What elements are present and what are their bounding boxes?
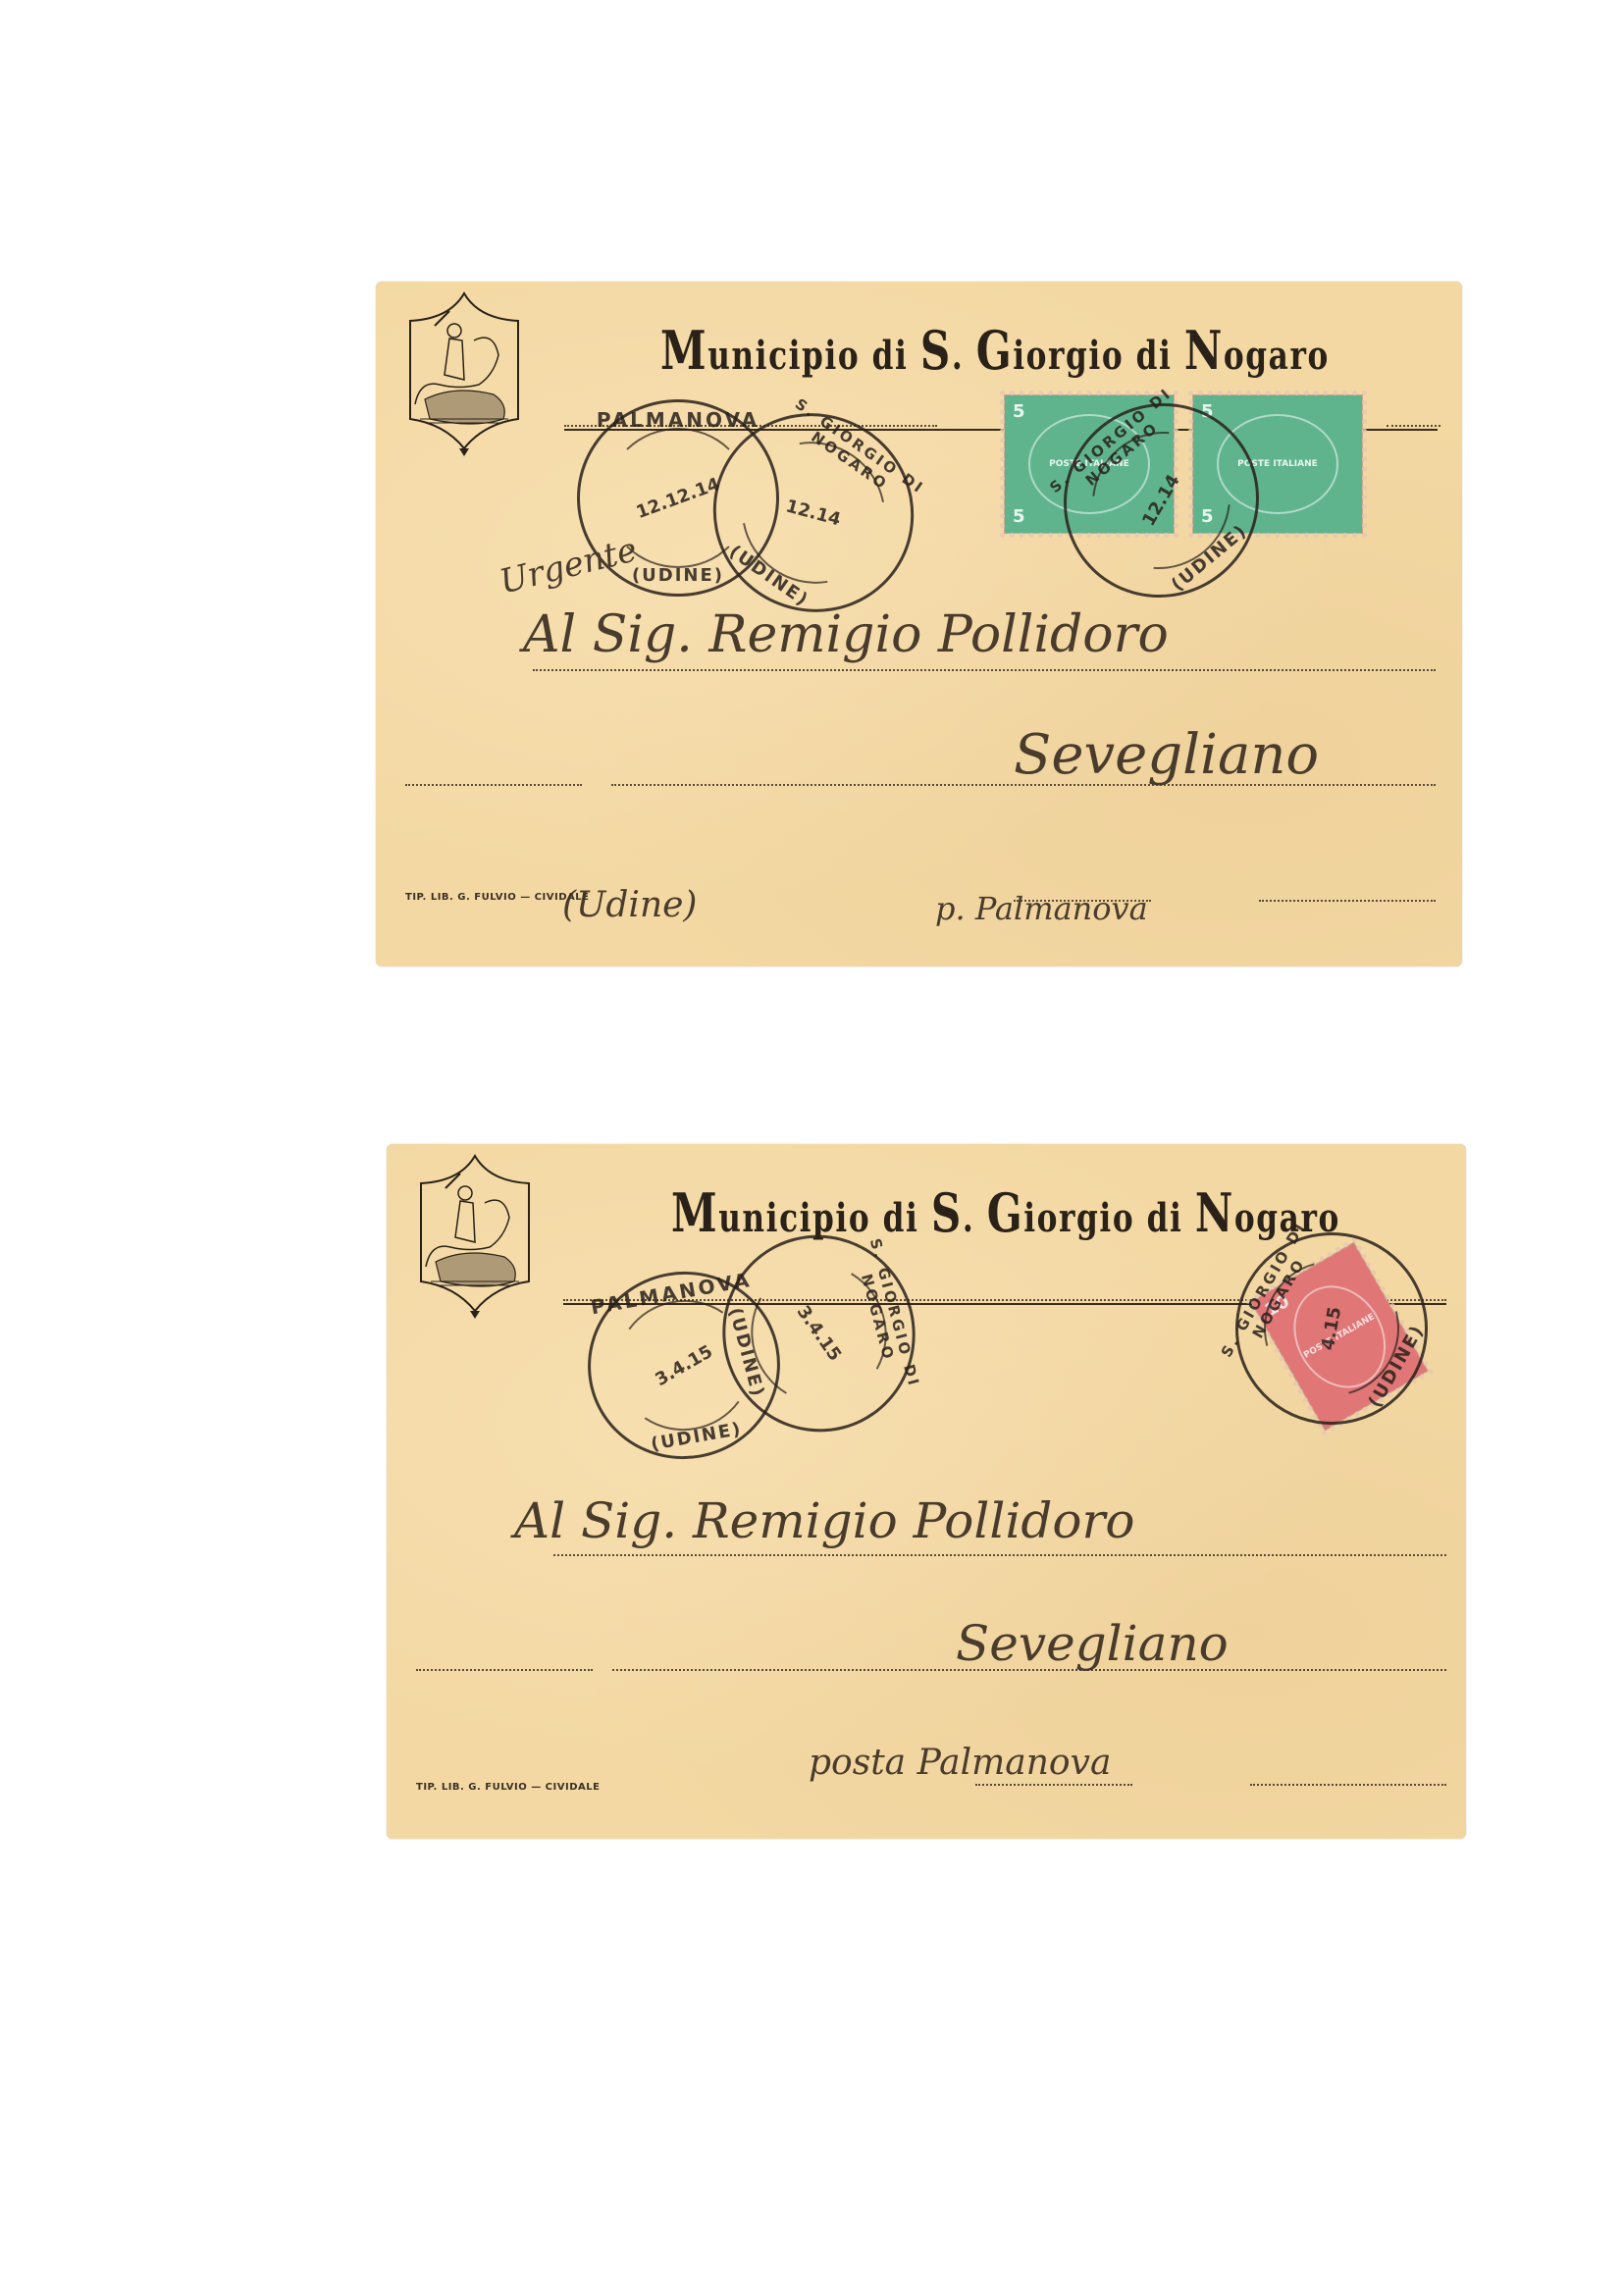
- address-line: [416, 1669, 593, 1671]
- address-line: [1259, 900, 1436, 902]
- postcard-2: Municipio di S. Giorgio di Nogaro 10 POS…: [387, 1144, 1466, 1839]
- address-line: [1250, 1784, 1446, 1786]
- handwritten-addressee: Al Sig. Remigio Pollidoro: [523, 605, 1169, 664]
- printer-imprint: TIP. LIB. G. FULVIO — CIVIDALE: [405, 892, 589, 903]
- handwritten-town: Sevegliano: [956, 1615, 1229, 1672]
- handwritten-via: p. Palmanova: [935, 890, 1148, 927]
- address-line: [533, 669, 1436, 671]
- address-line: [553, 1554, 1446, 1556]
- address-line: [405, 784, 582, 786]
- handwritten-via: posta Palmanova: [809, 1743, 1111, 1783]
- st-george-crest-icon: [416, 1154, 534, 1321]
- handwritten-town: Sevegliano: [1014, 723, 1319, 787]
- handwritten-note: Urgente: [496, 530, 641, 601]
- municipality-heading: Municipio di S. Giorgio di Nogaro: [660, 319, 1330, 382]
- address-line: [1387, 425, 1440, 427]
- handwritten-addressee: Al Sig. Remigio Pollidoro: [514, 1492, 1134, 1549]
- printer-imprint: TIP. LIB. G. FULVIO — CIVIDALE: [416, 1782, 600, 1793]
- address-line: [975, 1784, 1132, 1786]
- municipality-heading: Municipio di S. Giorgio di Nogaro: [671, 1181, 1340, 1244]
- postcard-1: Municipio di S. Giorgio di Nogaro 5 5 PO…: [376, 282, 1462, 966]
- st-george-crest-icon: [405, 291, 523, 458]
